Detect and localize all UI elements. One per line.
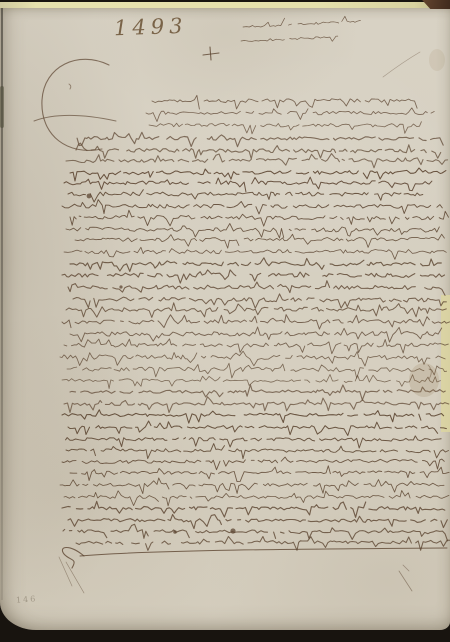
flourish-cross-v: [210, 47, 211, 60]
ink-blot: [119, 285, 122, 288]
handwriting-svg: [0, 0, 450, 642]
folio-stamp: 146: [16, 594, 38, 604]
flourish-paraph: [62, 548, 84, 569]
paper-stain: [409, 363, 439, 397]
flourish-margin-loop: [42, 59, 109, 150]
flourish-right-tick: [403, 565, 409, 571]
flourish-closing-underline: [80, 548, 447, 556]
ink-blot: [230, 528, 235, 533]
flourish-paraph-tail-2: [59, 557, 72, 586]
flourish-right-diagonal: [399, 571, 412, 591]
ink-blot: [173, 530, 177, 534]
manuscript-scan: 1493 146: [0, 0, 450, 642]
flourish-top-right-arc: [383, 52, 420, 77]
flourish-paraph-tail-1: [66, 562, 84, 593]
year-label: 1493: [114, 14, 188, 41]
paper-stain: [429, 49, 445, 71]
flourish-margin-loop-tick: [69, 84, 71, 89]
ink-blot: [87, 194, 92, 199]
flourish-margin-loop-bar: [34, 115, 116, 121]
